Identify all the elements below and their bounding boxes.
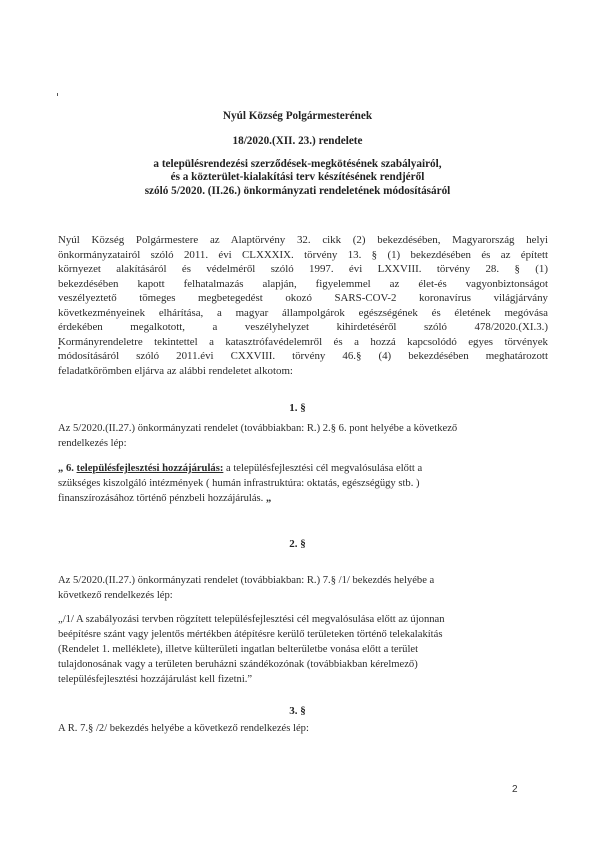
text-line: finanszírozásához történő pénzbeli hozzá… (58, 492, 538, 507)
section-1-heading: 1. § (0, 402, 595, 414)
decree-number: 18/2020.(XII. 23.) rendelete (0, 135, 595, 147)
text-line: „/1/ A szabályozási tervben rögzített te… (58, 612, 538, 627)
preamble-paragraph: Nyúl Község Polgármestere az Alaptörvény… (58, 233, 548, 378)
text-line: következő rendelkezés lép: (58, 589, 538, 604)
page-number: 2 (512, 784, 518, 795)
section-3-heading: 3. § (0, 705, 595, 717)
preamble-line: következményeinek elhárítása, a magyar á… (58, 306, 548, 321)
text-line: rendelkezés lép: (58, 437, 538, 452)
text-line: Az 5/2020.(II.27.) önkormányzati rendele… (58, 422, 538, 437)
text-line: szükséges kiszolgáló intézmények ( humán… (58, 477, 538, 492)
preamble-line: érdekében megalkotott, a veszélyhelyzet … (58, 320, 548, 335)
subtitle-line: a településrendezési szerződések-megköté… (0, 158, 595, 171)
section-3-intro: A R. 7.§ /2/ bekezdés helyébe a következ… (58, 722, 538, 737)
text-line: tulajdonosának vagy a területen beruházn… (58, 657, 538, 672)
scan-artifact (57, 93, 58, 96)
quote-open: „ 6. (58, 463, 77, 474)
issuer-heading: Nyúl Község Polgármesterének (0, 110, 595, 122)
document-page: Nyúl Község Polgármesterének 18/2020.(XI… (0, 0, 595, 842)
section-1-intro: Az 5/2020.(II.27.) önkormányzati rendele… (58, 422, 538, 452)
subtitle-line: szóló 5/2020. (II.26.) önkormányzati ren… (0, 185, 595, 198)
preamble-line: veszélyeztető tömeges megbetegedést okoz… (58, 291, 548, 306)
preamble-line: Kormányrendeletre tekintettel a katasztr… (58, 335, 548, 350)
text-line: településfejlesztési hozzájárulást kell … (58, 672, 538, 687)
section-2-intro: Az 5/2020.(II.27.) önkormányzati rendele… (58, 574, 538, 604)
preamble-line: módosításáról szóló 2011.évi CXXVIII. tö… (58, 349, 548, 364)
text-line: beépítésre szánt vagy jelentős mértékben… (58, 627, 538, 642)
preamble-line: környezet alakításáról és védelméről szó… (58, 262, 548, 277)
defined-term: településfejlesztési hozzájárulás: (77, 463, 224, 474)
preamble-line: Nyúl Község Polgármestere az Alaptörvény… (58, 233, 548, 248)
preamble-line: feladatkörömben eljárva az alábbi rendel… (58, 364, 548, 379)
decree-subtitle: a településrendezési szerződések-megköté… (0, 158, 595, 198)
text-line: Az 5/2020.(II.27.) önkormányzati rendele… (58, 574, 538, 589)
text-line: „ 6. településfejlesztési hozzájárulás: … (58, 462, 538, 477)
section-2-quote: „/1/ A szabályozási tervben rögzített te… (58, 612, 538, 687)
definition-text: a településfejlesztési cél megvalósulása… (223, 463, 422, 474)
section-1-quote: „ 6. településfejlesztési hozzájárulás: … (58, 462, 538, 506)
preamble-line: önkormányzatairól szóló 2011. évi CLXXXI… (58, 248, 548, 263)
definition-text: finanszírozásához történő pénzbeli hozzá… (58, 493, 263, 504)
section-2-heading: 2. § (0, 538, 595, 550)
subtitle-line: és a közterület-kialakítási terv készíté… (0, 171, 595, 184)
preamble-line: bekezdésében kapott felhatalmazás alapjá… (58, 277, 548, 292)
text-line: (Rendelet 1. melléklete), illetve külter… (58, 642, 538, 657)
quote-close: „ (263, 493, 271, 504)
text-line: A R. 7.§ /2/ bekezdés helyébe a következ… (58, 722, 538, 737)
